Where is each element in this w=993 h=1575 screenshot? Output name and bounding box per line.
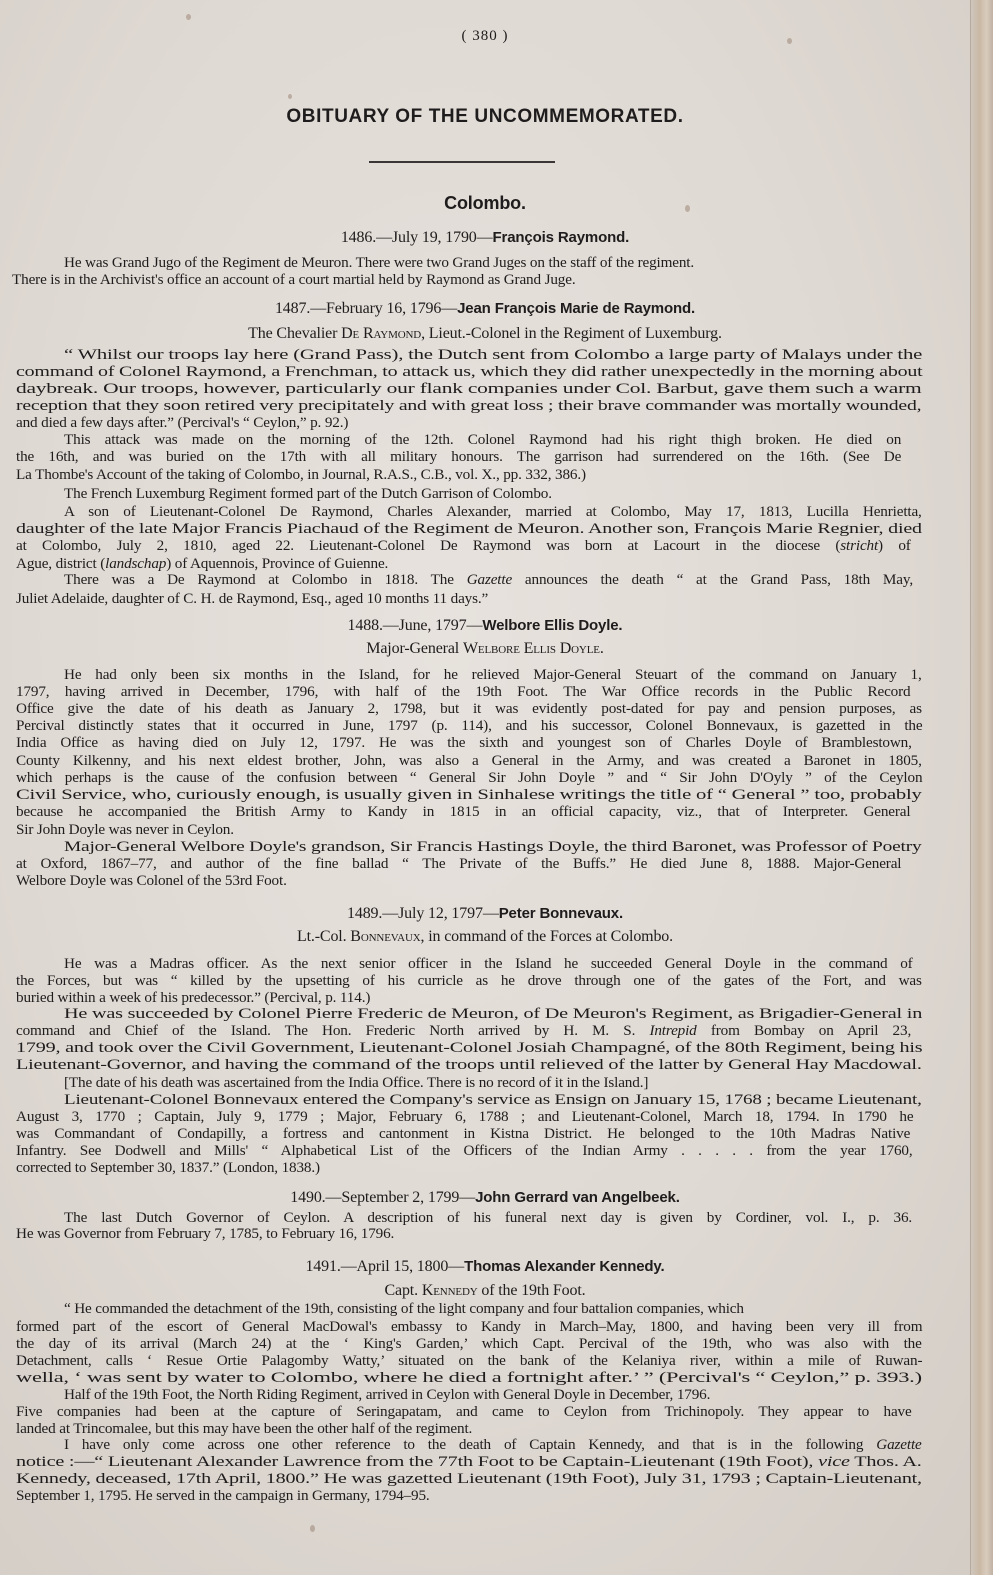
body-text-line: notice :—“ Lieutenant Alexander Lawrence… xyxy=(16,1453,922,1470)
entry-heading: 1486.—July 19, 1790—François Raymond. xyxy=(0,229,970,246)
body-text-line: the Forces, but was “ killed by the upse… xyxy=(16,972,922,989)
body-text-line: Civil Service, who, curiously enough, is… xyxy=(16,786,922,803)
body-text-line: India Office as having died on July 12, … xyxy=(16,734,912,751)
entry-date: 1487.—February 16, 1796— xyxy=(275,300,457,317)
body-text-line: which perhaps is the cause of the confus… xyxy=(16,769,922,786)
body-text-line: was Commandant of Condapilly, a fortress… xyxy=(16,1125,910,1142)
body-text-line: “ He commanded the detachment of the 19t… xyxy=(64,1300,744,1317)
entry-heading: 1491.—April 15, 1800—Thomas Alexander Ke… xyxy=(0,1258,970,1275)
body-text-line: the 16th, and was buried on the 17th wit… xyxy=(16,448,901,465)
body-text-line: [The date of his death was ascertained f… xyxy=(64,1074,648,1091)
body-text-line: Welbore Doyle was Colonel of the 53rd Fo… xyxy=(16,872,287,889)
foxing-spot xyxy=(186,14,191,20)
body-text-line: He was succeeded by Colonel Pierre Frede… xyxy=(64,1005,922,1022)
subheading-name: Kennedy xyxy=(422,1282,478,1299)
body-text-line: Half of the 19th Foot, the North Riding … xyxy=(64,1386,710,1403)
body-text-line: daughter of the late Major Francis Piach… xyxy=(16,520,922,537)
body-text-line: Infantry. See Dodwell and Mills' “ Alpha… xyxy=(16,1142,913,1159)
entry-date: 1491.—April 15, 1800— xyxy=(305,1258,464,1275)
title-rule xyxy=(369,161,555,163)
body-text-line: La Thombe's Account of the taking of Col… xyxy=(16,466,586,483)
body-text-line: landed at Trincomalee, but this may have… xyxy=(16,1420,472,1437)
body-text-line: at Colombo, July 2, 1810, aged 22. Lieut… xyxy=(16,537,911,554)
body-text-line: corrected to September 30, 1837.” (Londo… xyxy=(16,1159,320,1176)
entry-name: Peter Bonnevaux. xyxy=(499,905,623,922)
body-text-line: formed part of the escort of General Mac… xyxy=(16,1318,922,1335)
body-text-line: This attack was made on the morning of t… xyxy=(64,431,901,448)
body-text-line: The French Luxemburg Regiment formed par… xyxy=(64,485,552,502)
body-text-line: Sir John Doyle was never in Ceylon. xyxy=(16,821,234,838)
body-text-line: at Oxford, 1867–77, and author of the fi… xyxy=(16,855,901,872)
body-text-line: and died a few days after.” (Percival's … xyxy=(16,414,348,431)
body-text-line: Percival distinctly states that it occur… xyxy=(16,717,922,734)
entry-heading: 1489.—July 12, 1797—Peter Bonnevaux. xyxy=(0,905,970,922)
scanned-page: ( 380 ) OBITUARY OF THE UNCOMMEMORATED. … xyxy=(0,0,993,1575)
entry-heading: 1488.—June, 1797—Welbore Ellis Doyle. xyxy=(0,617,970,634)
body-text-line: September 1, 1795. He served in the camp… xyxy=(16,1487,430,1504)
entry-subheading: Major-General Welbore Ellis Doyle. xyxy=(0,640,970,657)
body-text-line: He was a Madras officer. As the next sen… xyxy=(64,955,913,972)
page-title: OBITUARY OF THE UNCOMMEMORATED. xyxy=(0,108,970,125)
body-text-line: 1797, having arrived in December, 1796, … xyxy=(16,683,910,700)
body-text-line: Office give the date of his death as Jan… xyxy=(16,700,922,717)
body-text-line: Ague, district (landschap) of Aquennois,… xyxy=(16,555,388,572)
body-text-line: wella, ‘ was sent by water to Colombo, w… xyxy=(16,1369,922,1386)
entry-heading: 1487.—February 16, 1796—Jean François Ma… xyxy=(0,300,970,317)
body-text-line: Major-General Welbore Doyle's grandson, … xyxy=(64,838,922,855)
body-text-line: Lieutenant-Colonel Bonnevaux entered the… xyxy=(64,1091,922,1108)
body-text-line: Detachment, calls ‘ Resue Ortie Palagomb… xyxy=(16,1352,922,1369)
entry-name: John Gerrard van Angelbeek. xyxy=(475,1189,680,1206)
body-text-line: Lieutenant-Governor, and having the comm… xyxy=(16,1056,922,1073)
body-text-line: “ Whilst our troops lay here (Grand Pass… xyxy=(64,346,922,363)
body-text-line: command and Chief of the Island. The Hon… xyxy=(16,1022,911,1039)
subheading-name: De Raymond xyxy=(341,325,421,342)
entry-date: 1489.—July 12, 1797— xyxy=(347,905,499,922)
entry-date: 1486.—July 19, 1790— xyxy=(341,229,493,246)
body-text-line: There was a De Raymond at Colombo in 181… xyxy=(64,571,913,588)
body-text-line: I have only come across one other refere… xyxy=(64,1436,922,1453)
body-text-line: The last Dutch Governor of Ceylon. A des… xyxy=(64,1209,912,1226)
body-text-line: reception that they soon retired very pr… xyxy=(16,397,921,414)
page-edge xyxy=(970,0,993,1575)
body-text-line: He had only been six months in the Islan… xyxy=(64,666,922,683)
body-text-line: the day of its arrival (March 24) at the… xyxy=(16,1335,922,1352)
body-text-line: County Kilkenny, and his next eldest bro… xyxy=(16,752,922,769)
entry-name: Thomas Alexander Kennedy. xyxy=(464,1258,664,1275)
body-text-line: Juliet Adelaide, daughter of C. H. de Ra… xyxy=(16,590,488,607)
entry-date: 1488.—June, 1797— xyxy=(348,617,483,634)
entry-name: François Raymond. xyxy=(493,229,630,246)
subheading-name: Welbore Ellis Doyle xyxy=(463,640,600,657)
entry-heading: 1490.—September 2, 1799—John Gerrard van… xyxy=(0,1189,970,1206)
entry-date: 1490.—September 2, 1799— xyxy=(290,1189,475,1206)
body-text-line: There is in the Archivist's office an ac… xyxy=(12,271,575,288)
body-text-line: daybreak. Our troops, however, particula… xyxy=(16,380,921,397)
foxing-spot xyxy=(310,1525,315,1532)
entry-name: Welbore Ellis Doyle. xyxy=(482,617,622,634)
entry-subheading: The Chevalier De Raymond, Lieut.-Colonel… xyxy=(0,325,970,342)
body-text-line: buried within a week of his predecessor.… xyxy=(16,989,370,1006)
page-number: ( 380 ) xyxy=(0,28,970,45)
body-text-line: He was Governor from February 7, 1785, t… xyxy=(16,1225,394,1242)
body-text-line: 1799, and took over the Civil Government… xyxy=(16,1039,922,1056)
section-heading: Colombo. xyxy=(0,195,970,212)
body-text-line: August 3, 1770 ; Captain, July 9, 1779 ;… xyxy=(16,1108,913,1125)
body-text-line: He was Grand Jugo of the Regiment de Meu… xyxy=(64,254,694,271)
foxing-spot xyxy=(288,94,292,99)
body-text-line: command of Colonel Raymond, a Frenchman,… xyxy=(16,363,922,380)
body-text-line: because he accompanied the British Army … xyxy=(16,803,910,820)
body-text-line: Five companies had been at the capture o… xyxy=(16,1403,912,1420)
entry-subheading: Lt.-Col. Bonnevaux, in command of the Fo… xyxy=(0,928,970,945)
subheading-name: Bonnevaux xyxy=(350,928,420,945)
entry-subheading: Capt. Kennedy of the 19th Foot. xyxy=(0,1282,970,1299)
body-text-line: A son of Lieutenant-Colonel De Raymond, … xyxy=(64,503,922,520)
entry-name: Jean François Marie de Raymond. xyxy=(457,300,695,317)
body-text-line: Kennedy, deceased, 17th April, 1800.” He… xyxy=(16,1470,922,1487)
